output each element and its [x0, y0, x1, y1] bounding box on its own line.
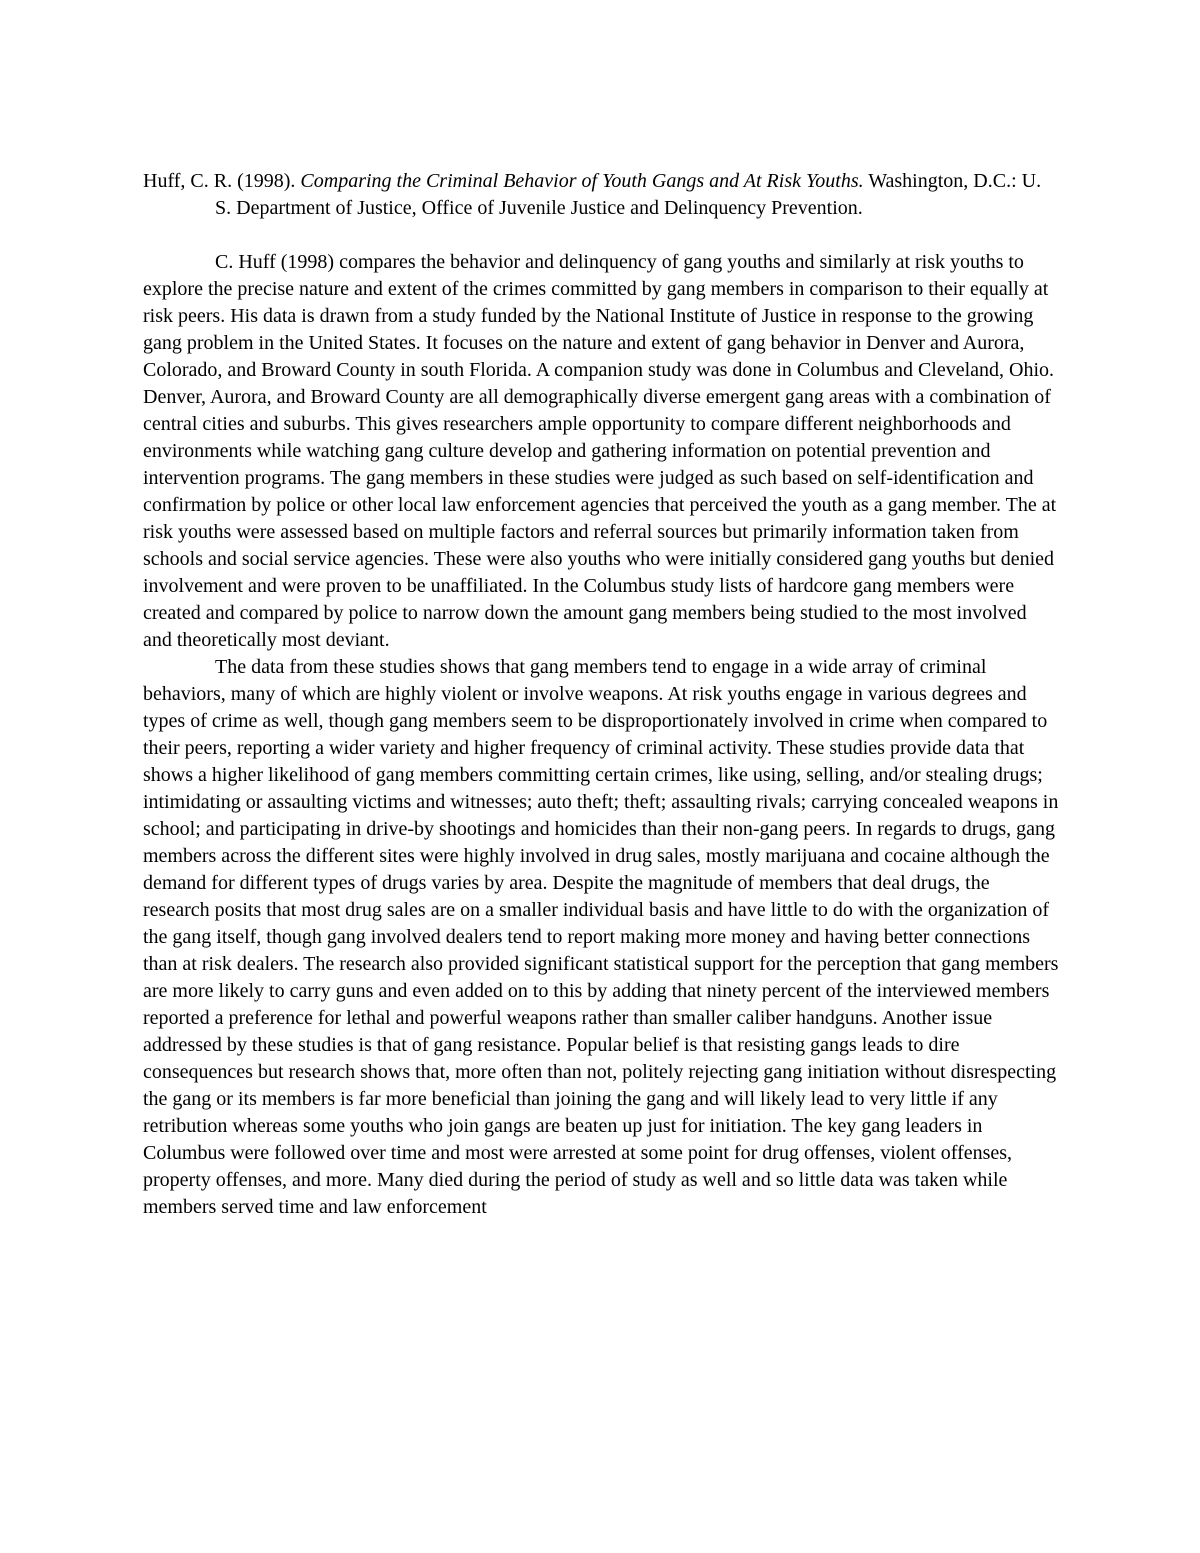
citation-author-year: Huff, C. R. (1998). — [143, 170, 300, 192]
document-content: Huff, C. R. (1998). Comparing the Crimin… — [143, 168, 1059, 1221]
paragraph-summary-overview: C. Huff (1998) compares the behavior and… — [143, 249, 1059, 654]
citation: Huff, C. R. (1998). Comparing the Crimin… — [143, 168, 1059, 222]
document-page: Huff, C. R. (1998). Comparing the Crimin… — [0, 0, 1200, 1553]
paragraph-findings: The data from these studies shows that g… — [143, 654, 1059, 1221]
citation-title: Comparing the Criminal Behavior of Youth… — [300, 170, 863, 192]
